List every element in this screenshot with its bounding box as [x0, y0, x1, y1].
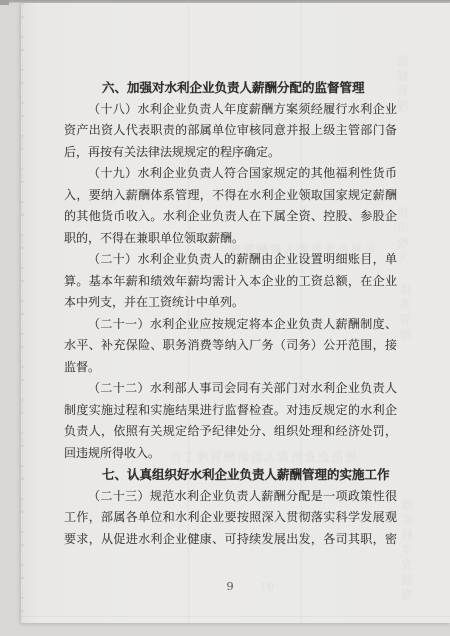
- text-line: 监督。: [64, 357, 397, 379]
- text-line: 要求，从促进水利企业健康、可持续发展出发，各司其职，密切配: [64, 529, 397, 551]
- text-line: （二十三）规范水利企业负责人薪酬分配是一项政策性很强的: [64, 486, 397, 508]
- text-line: 的其他货币收入。水利企业负责人在下属全资、控股、参股企业兼: [64, 206, 397, 228]
- text-line: 水平、补充保险、职务消费等纳入厂务（司务）公开范围，接受职工: [64, 335, 397, 357]
- text-line: 入，要纳入薪酬体系管理，不得在水利企业领取国家规定薪酬之外: [64, 185, 397, 207]
- text-line: 本中列支，并在工资统计中单列。: [64, 292, 397, 314]
- section-6-heading: 六、加强对水利企业负责人薪酬分配的监督管理: [64, 77, 397, 99]
- text-line: （二十）水利企业负责人的薪酬由企业设置明细账目，单独核: [64, 249, 397, 271]
- page-torn-left-edge: [21, 3, 24, 623]
- scan-corner-artifact: [0, 0, 9, 5]
- text-line: 资产出资人代表职责的部属单位审核同意并报上级主管部门备案: [64, 120, 397, 142]
- scanned-document-screenshot: 六、加强对水利企业负责人薪酬分配的监督管理 （十八）水利企业负责人年度薪酬方案须…: [0, 0, 450, 636]
- text-line: 制度实施过程和实施结果进行监督检查。对违反规定的水利企业: [64, 400, 397, 422]
- text-line: 工作，部属各单位和水利企业要按照深入贯彻落实科学发展观的: [64, 507, 397, 529]
- text-line: 职的，不得在兼职单位领取薪酬。: [64, 228, 397, 250]
- text-line: （二十二）水利部人事司会同有关部门对水利企业负责人薪酬: [64, 378, 397, 400]
- page-number: 9: [160, 579, 300, 593]
- text-line: 算。基本年薪和绩效年薪均需计入本企业的工资总额，在企业成: [64, 271, 397, 293]
- text-line: （十九）水利企业负责人符合国家规定的其他福利性货币收: [64, 163, 397, 185]
- paper-bottom-crease: [21, 616, 450, 617]
- text-line: （十八）水利企业负责人年度薪酬方案须经履行水利企业国有: [64, 99, 397, 121]
- text-line: 后，再按有关法律法规规定的程序确定。: [64, 142, 397, 164]
- text-line: 负责人，依照有关规定给予纪律处分、组织处理和经济处罚，并追: [64, 421, 397, 443]
- text-line: （二十一）水利企业应按规定将本企业负责人薪酬制度、薪酬: [64, 314, 397, 336]
- text-line: 回违规所得收入。: [64, 443, 397, 465]
- section-7-heading: 七、认真组织好水利企业负责人薪酬管理的实施工作: [64, 464, 397, 486]
